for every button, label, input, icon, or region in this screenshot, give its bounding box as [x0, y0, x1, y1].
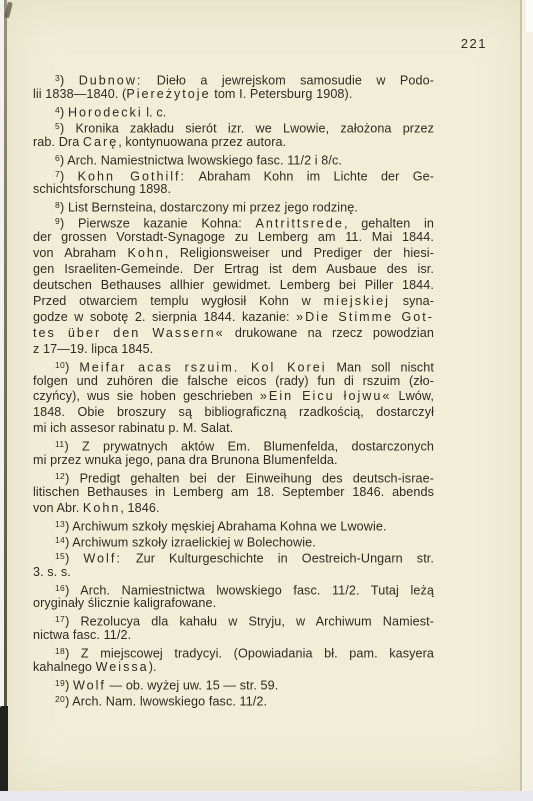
- text-line: gen Israeliten-Gemeinde. Der Ertrag ist …: [33, 262, 434, 278]
- footnote-line: 13) Archiwum szkoły męskiej Abrahama Koh…: [33, 517, 434, 533]
- footnote-number: 13: [55, 519, 65, 529]
- scan-edge-right-top: [526, 0, 533, 32]
- text-segment: Kronika zakładu sierót izr. we Lwowie, z…: [75, 121, 434, 135]
- text-segment: Z miejscowej tradycyi. (Opowiadania bł. …: [81, 647, 434, 661]
- footnote-line: 5) Kronika zakładu sierót izr. we Lwowie…: [33, 119, 434, 135]
- text-segment: , kontynuowana przez autora.: [118, 135, 286, 149]
- text-segment: List Bernsteina, dostarczony mi przez je…: [68, 201, 358, 215]
- footnote-number: 17: [55, 614, 65, 624]
- footnote-line: 3) Dubnow: Dieło a jewrejskom samosudie …: [33, 71, 434, 87]
- text-segment: Predigt gehalten bei der Einweihung des …: [80, 472, 434, 486]
- text-segment: schichtsforschung 1898.: [33, 182, 171, 196]
- text-segment: Man soll nischt: [327, 360, 434, 374]
- text-line: Przed otwarciem templu wygłosił Kohn w m…: [33, 294, 434, 310]
- letterspaced-text: Kohn: [127, 246, 164, 260]
- text-segment: ): [65, 583, 80, 597]
- text-segment: deutschen Bethauses allhier gewidmet. Le…: [33, 278, 434, 292]
- text-line: von Abraham Kohn, Religionsweiser und Pr…: [33, 246, 434, 262]
- text-segment: kahalnego: [33, 660, 96, 674]
- footnote-line: 11) Z prywatnych aktów Em. Blumenfelda, …: [33, 437, 434, 453]
- scan-edge-bottom: [0, 791, 533, 801]
- footnote-number: 19: [55, 678, 65, 688]
- text-segment: ): [60, 169, 78, 183]
- text-line: tes über den Wassern« drukowane na rzecz…: [33, 326, 434, 342]
- letterspaced-text: Kohn: [83, 501, 120, 515]
- text-segment: , gehalten in: [344, 217, 434, 231]
- text-segment: ): [65, 551, 83, 565]
- text-segment: ): [65, 360, 79, 374]
- text-line: oryginały ślicznie kaligrafowane.: [33, 596, 434, 612]
- text-line: folgen und zuhören die falsche eicos (ra…: [33, 374, 434, 390]
- text-line: deutschen Bethauses allhier gewidmet. Le…: [33, 278, 434, 294]
- text-segment: ): [60, 201, 68, 215]
- text-segment: ).: [149, 660, 157, 674]
- text-segment: , Religionsweiser und Prediger der hiesi…: [165, 246, 434, 260]
- footnote-line: 10) Meifar acas rszuim. Kol Korei Man so…: [33, 358, 434, 374]
- letterspaced-text: Wolf: [73, 679, 106, 693]
- text-segment: nictwa fasc. 11/2.: [33, 628, 131, 642]
- footnote-line: 9) Pierwsze kazanie Kohna: Antrittsrede,…: [33, 214, 434, 230]
- text-line: schichtsforschung 1898.: [33, 182, 434, 198]
- letterspaced-text: »Ein Eicu łojwu«: [260, 389, 391, 403]
- text-line: mi przez wnuka jego, pana dra Brunona Bl…: [33, 453, 434, 469]
- letterspaced-text: Carę: [83, 135, 118, 149]
- scan-gutter-line: [4, 0, 7, 712]
- text-segment: Z prywatnych aktów Em. Blumenfelda, dost…: [82, 440, 434, 454]
- scan-edge-right: [522, 0, 533, 791]
- text-line: 1848. Obie broszury są bibliograficzną r…: [33, 405, 434, 421]
- text-segment: ): [65, 472, 80, 486]
- footnote-line: 14) Archiwum szkoły izraelickiej w Bolec…: [33, 533, 434, 549]
- footnote-line: 12) Predigt gehalten bei der Einweihung …: [33, 469, 434, 485]
- text-segment: folgen und zuhören die falsche eicos (ra…: [33, 374, 434, 388]
- text-segment: ): [65, 679, 73, 693]
- text-line: godze w sobotę 2. sierpnia 1844. kazanie…: [33, 310, 434, 326]
- text-segment: Lwów,: [391, 389, 434, 403]
- text-line: 3. s. s.: [33, 565, 434, 581]
- letterspaced-text: Horodecki: [68, 105, 143, 119]
- letterspaced-text: Kohn Gothilf:: [78, 169, 186, 183]
- text-line: kahalnego Weissa).: [33, 660, 434, 676]
- text-segment: mi przez wnuka jego, pana dra Brunona Bl…: [33, 453, 338, 467]
- text-segment: ): [60, 217, 78, 231]
- text-line: litischen Bethauses in Lemberg am 18. Se…: [33, 485, 434, 501]
- footnote-number: 14: [55, 535, 65, 545]
- text-line: von Abr. Kohn, 1846.: [33, 501, 434, 517]
- text-line: der grossen Vorstadt-Synagoge zu Lemberg…: [33, 230, 434, 246]
- book-page-scan: 221 3) Dubnow: Dieło a jewrejskom samosu…: [0, 0, 533, 801]
- text-segment: drukowane na rzecz powodzian: [225, 326, 434, 340]
- letterspaced-text: Weissa: [96, 660, 149, 674]
- text-segment: ): [60, 74, 79, 88]
- footnote-line: 6) Arch. Namiestnictwa lwowskiego fasc. …: [33, 151, 434, 167]
- text-segment: von Abr.: [33, 501, 83, 515]
- footnote-line: 15) Wolf: Zur Kulturgeschichte in Oestre…: [33, 549, 434, 565]
- text-segment: Zur Kulturgeschichte in Oestreich-Ungarn…: [122, 551, 434, 565]
- footnote-number: 16: [55, 583, 65, 593]
- footnote-line: 16) Arch. Namiestnictwa lwowskiego fasc.…: [33, 581, 434, 597]
- text-segment: Arch. Nam. lwowskiego fasc. 11/2.: [72, 694, 267, 708]
- text-segment: der grossen Vorstadt-Synagoge zu Lemberg…: [33, 230, 434, 244]
- footnote-line: 4) Horodecki l. c.: [33, 103, 434, 119]
- letterspaced-text: Piereżytoje: [126, 87, 210, 101]
- text-line: nictwa fasc. 11/2.: [33, 628, 434, 644]
- text-segment: 1848. Obie broszury są bibliograficzną r…: [33, 405, 434, 419]
- text-line: lii 1838—1840. (Piereżytoje tom I. Peter…: [33, 87, 434, 103]
- footnote-number: 18: [55, 646, 65, 656]
- text-segment: rab. Dra: [33, 135, 83, 149]
- text-segment: gen Israeliten-Gemeinde. Der Ertrag ist …: [33, 262, 434, 276]
- text-segment: ): [65, 647, 81, 661]
- text-segment: — ob. wyżej uw. 15 — str. 59.: [106, 679, 278, 693]
- text-segment: , 1846.: [120, 501, 159, 515]
- text-segment: ): [60, 121, 75, 135]
- text-segment: litischen Bethauses in Lemberg am 18. Se…: [33, 485, 434, 499]
- footnote-line: 8) List Bernsteina, dostarczony mi przez…: [33, 198, 434, 214]
- text-segment: ): [65, 615, 80, 629]
- text-segment: Dieło a jewrejskom samosudie w Podo-: [142, 74, 434, 88]
- text-segment: oryginały ślicznie kaligrafowane.: [33, 596, 216, 610]
- text-segment: ): [64, 440, 82, 454]
- text-segment: tom I. Petersburg 1908).: [211, 87, 353, 101]
- page-number: 221: [461, 36, 487, 51]
- footnote-number: 10: [55, 360, 65, 370]
- text-line: czyńcy), wus sie hoben geschrieben »Ein …: [33, 389, 434, 405]
- footnote-line: 7) Kohn Gothilf: Abraham Kohn im Lichte …: [33, 167, 434, 183]
- text-segment: mi ich assesor rabinatu p. M. Salat.: [33, 421, 233, 435]
- letterspaced-text: Meifar acas rszuim. Kol Korei: [79, 360, 326, 374]
- scan-gutter-shadow: [0, 706, 8, 791]
- letterspaced-text: miejskiej: [324, 294, 390, 308]
- letterspaced-text: Dubnow:: [79, 74, 143, 88]
- footnotes-block: 3) Dubnow: Dieło a jewrejskom samosudie …: [33, 71, 434, 708]
- text-segment: czyńcy), wus sie hoben geschrieben: [33, 389, 260, 403]
- letterspaced-text: Wolf:: [83, 551, 121, 565]
- text-line: rab. Dra Carę, kontynuowana przez autora…: [33, 135, 434, 151]
- text-line: z 17—19. lipca 1845.: [33, 342, 434, 358]
- text-segment: Rezolucya dla kahału w Stryju, w Archiwu…: [80, 615, 434, 629]
- footnote-line: 19) Wolf — ob. wyżej uw. 15 — str. 59.: [33, 676, 434, 692]
- text-segment: Arch. Namiestnictwa lwowskiego fasc. 11/…: [80, 583, 434, 597]
- letterspaced-text: »Die Stimme Got-: [296, 310, 434, 324]
- text-segment: ): [60, 105, 68, 119]
- text-segment: Archiwum szkoły izraelickiej w Bolechowi…: [72, 535, 316, 549]
- footnote-number: 15: [55, 551, 65, 561]
- text-segment: Archiwum szkoły męskiej Abrahama Kohna w…: [72, 519, 386, 533]
- footnote-line: 18) Z miejscowej tradycyi. (Opowiadania …: [33, 644, 434, 660]
- footnote-line: 17) Rezolucya dla kahału w Stryju, w Arc…: [33, 612, 434, 628]
- text-segment: Arch. Namiestnictwa lwowskiego fasc. 11/…: [67, 153, 342, 167]
- text-segment: Abraham Kohn im Lichte der Ge-: [186, 169, 434, 183]
- text-line: mi ich assesor rabinatu p. M. Salat.: [33, 421, 434, 437]
- text-segment: z 17—19. lipca 1845.: [33, 342, 153, 356]
- text-segment: lii 1838—1840. (: [33, 87, 126, 101]
- text-segment: l. c.: [143, 105, 167, 119]
- text-segment: von Abraham: [33, 246, 127, 260]
- text-segment: Przed otwarciem templu wygłosił Kohn w: [33, 294, 324, 308]
- text-segment: godze w sobotę 2. sierpnia 1844. kazanie…: [33, 310, 296, 324]
- letterspaced-text: Antrittsrede: [256, 217, 344, 231]
- footnote-number: 12: [55, 471, 65, 481]
- text-segment: Pierwsze kazanie Kohna:: [78, 217, 256, 231]
- text-segment: syna-: [390, 294, 434, 308]
- letterspaced-text: tes über den Wassern«: [33, 326, 225, 340]
- text-segment: 3. s. s.: [33, 565, 71, 579]
- footnote-number: 20: [55, 694, 65, 704]
- footnote-line: 20) Arch. Nam. lwowskiego fasc. 11/2.: [33, 692, 434, 708]
